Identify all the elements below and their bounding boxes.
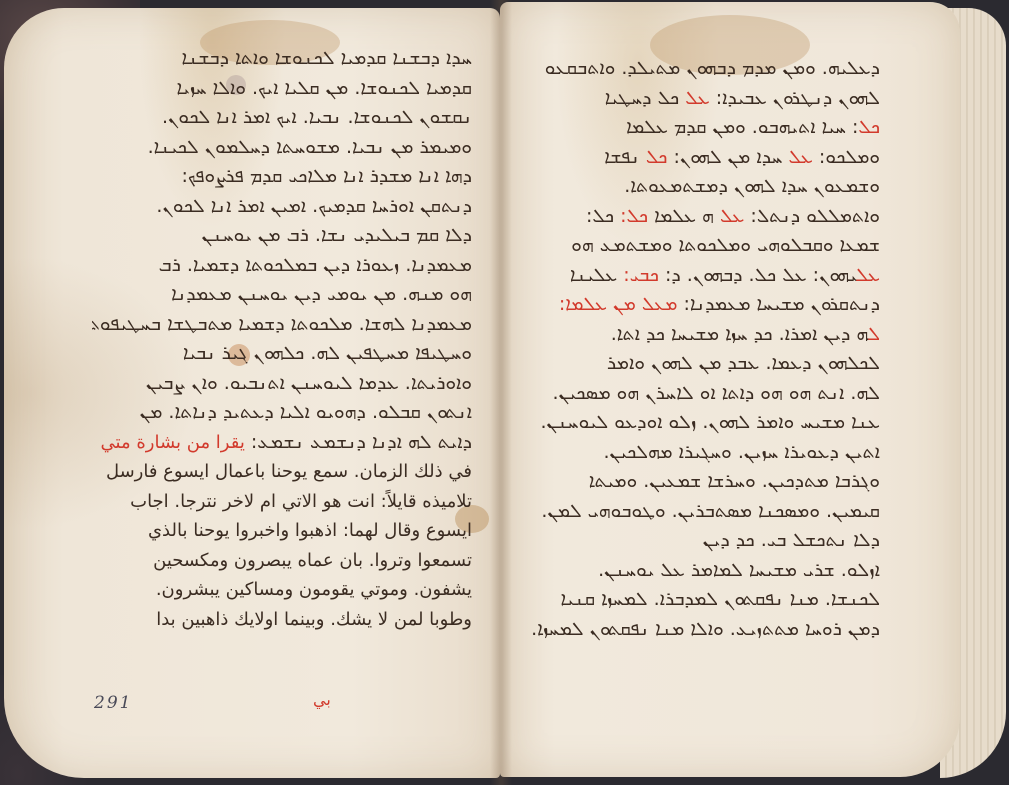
text-line: ܠܗ. ܐܢܬ ܗܘ ܗܘ ܕܐܬܐ ܐܘ ܠܐܚܪܢ ܗܘ ܡܣܟܝܢ. [515, 379, 880, 409]
rubric-word: ܟܠ [646, 146, 668, 168]
text-line: ܘܡܠܟܘ: ܥܠ ܚܕܐ ܡܢ ܠܗܘܢ: ܟܠ ܢܦܫܐ [515, 143, 880, 173]
text-line: ܫܡܥܐ ܘܩܒܠܘܗܝ ܘܡܠܟܘܬܐ ܘܡܫܬܡܥ ܗܘ [515, 231, 880, 261]
rubric-word: ܟܠ: [620, 205, 648, 227]
text-line: ܢܩܫܘܢ ܠܟܢܘܫܐ. ܢܒܝܐ. ܐܝܟ ܐܡܪ ܐܢܐ ܠܟܘܢ. [92, 103, 472, 133]
text-line: ܘܫܡܥܘܢ ܚܕܐ ܠܗܘܢ ܕܡܫܬܡܥܘܬܐ. [515, 172, 880, 202]
text-line: ܕܠܐ ܢܬܟܫܠ ܒܝ. ܟܕ ܕܝܢ [515, 526, 880, 556]
text-line: ܕܢܬܩܢ ܐܘܪܚܐ ܩܕܡܝܟ. ܐܡܝܢ ܐܡܪ ܐܢܐ ܠܟܘܢ. [92, 192, 472, 222]
text-line: ܡܥܡܕܢܐ. ܙܥܘܪܐ ܕܝܢ ܒܡܠܟܘܬܐ ܕܫܡܝܐ. ܪܒ [92, 251, 472, 281]
text-line: ܕܗܐ ܐܢܐ ܡܫܕܪ ܐܢܐ ܡܠܐܟܝ ܩܕܡ ܦܪܨܘܦܟ: [92, 162, 472, 192]
text-line: ܩܕܡܝܐ ܠܟܢܘܫܐ. ܡܢ ܩܠܝܐ ܐܝܟ. ܘܐܠܐ ܚܙܝܐ [92, 74, 472, 104]
arabic-line: تسمعوا وتروا. بان عماه يبصرون ومكسحين [92, 546, 472, 576]
right-page-text: ܕܥܠܝܗ. ܘܡܢ ܡܕܡ ܕܒܗܘܢ ܡܬܝܠܕ. ܘܐܬܒܩܥܘܠܗܘܢ … [515, 54, 880, 644]
left-page-text: ܚܕܐ ܕܒܫܢܐ ܩܕܡܝܐ ܠܟܢܘܫܐ ܘܐܬܐ ܕܒܫܢܐ ܩܕܡܝܐ … [92, 44, 472, 634]
text-line: ܟܠ: ܚܝܐ ܐܬܝܗܒܘ. ܘܡܢ ܩܕܡ ܥܠܡܐ [515, 113, 880, 143]
text-line: ܗܘ ܡܢܗ. ܡܢ ܝܘܡܝ ܕܝܢ ܝܘܚܢܢ ܡܥܡܕܢܐ [92, 280, 472, 310]
text-line: ܐܬܝܢ ܕܥܘܝܪܐ ܚܙܝܢ. ܘܚܓܝܪܐ ܡܗܠܟܝܢ. [515, 438, 880, 468]
rubric-word: ܥܠ [720, 205, 744, 227]
text-line: ܚܕܐ ܕܒܫܢܐ ܩܕܡܝܐ ܠܟܢܘܫܐ ܘܐܬܐ ܕܒܫܢܐ [92, 44, 472, 74]
rubric-heading: يقرا من بشارة متي [101, 432, 245, 453]
text-line: ܠܟܢܫܐ. ܡܢܐ ܢܦܩܬܘܢ ܠܡܕܒܪܐ. ܠܡܚܙܐ ܩܢܝܐ [515, 585, 880, 615]
book-gutter [490, 0, 512, 785]
text-segment: ܕܐܝܬ ܠܗ ܐܕܢܐ ܕܢܫܡܥ ܢܫܡܥ: [251, 431, 472, 453]
text-line: ܡܥܡܕܢܐ ܠܗܫܐ. ܡܠܟܘܬܐ ܕܫܡܝܐ ܡܬܒܛܫܐ ܒܚܛܝܦܘܬ… [92, 310, 472, 340]
text-line: ܠܗ ܕܝܢ ܐܡܪܐ. ܟܕ ܚܙܐ ܡܫܝܚܐ ܟܕ ܐܬܐ. [515, 320, 880, 350]
catchword: بي [313, 690, 331, 709]
text-line: ܘܐܬܡܠܠܘ ܕܢܬܠ: ܥܠ ܗ ܥܠܡܐ ܟܠ: ܟܠ: [515, 202, 880, 232]
text-line: ܘܓܪܒܐ ܡܬܕܟܝܢ. ܘܚܪܫܐ ܫܡܥܝܢ. ܘܡܝܬܐ [515, 467, 880, 497]
text-line: ܠܟܠܗܘܢ ܕܥܡܐ. ܥܒܕ ܡܢ ܠܗܘܢ ܘܐܡܪ [515, 349, 880, 379]
arabic-line: تلاميذه قايلاً: انت هو الاتي ام لاخر نتر… [92, 487, 472, 517]
rubric-word: ܟܠ [858, 116, 880, 138]
text-line: ܕܡܢ ܪܘܚܐ ܡܬܬܙܝܥ. ܘܐܠܐ ܡܢܐ ܢܦܩܬܘܢ ܠܡܚܙܐ. [515, 615, 880, 645]
text-line: ܐܢܬܘܢ ܩܒܠܘ. ܕܗܘܝܘ ܐܠܝܐ ܕܥܬܝܕ ܕܢܐܬܐ. ܡܢ [92, 398, 472, 428]
rubric-word: ܡܥܠ ܡܢ ܥܠܡܐ: [559, 293, 678, 315]
folio-number: 291 [94, 693, 132, 713]
rubric-word: ܥܠ [685, 87, 709, 109]
rubric-word: ܥܠ [788, 146, 812, 168]
arabic-line: ايسوع وقال لهما: اذهبوا واخبروا يوحنا با… [92, 516, 472, 546]
text-line: ܘܡܝܡܪ ܡܢ ܢܒܝܐ. ܡܫܘܚܬܐ ܕܚܠܡܘܢ ܠܟܝܢܐ. [92, 133, 472, 163]
rubric-word: ܠ [868, 323, 880, 345]
arabic-line: يشفون. وموتي يقومون ومساكين يبشرون. [92, 575, 472, 605]
text-line: ܐܙܠܘ. ܫܪܝ ܡܫܝܚܐ ܠܡܐܡܪ ܥܠ ܝܘܚܢܢ. [515, 556, 880, 586]
arabic-line: وطوبا لمن لا يشك. وبينما اولايك ذاهبين ب… [92, 605, 472, 635]
text-line: ܕܢܬܩܪܘܢ ܡܫܝܚܐ ܡܥܡܕܢܐ: ܡܥܠ ܡܢ ܥܠܡܐ: [515, 290, 880, 320]
rubric-word: ܟܒܝ: [623, 264, 659, 286]
text-line: ܘܚܛܝܦܐ ܡܚܛܦܝܢ ܠܗ. ܟܠܗܘܢ ܓܝܪ ܢܒܝܐ [92, 339, 472, 369]
text-line: ܠܗܘܢ ܕܢܛܪܘܢ ܥܒܝܕܐ: ܥܠ ܟܠ ܕܚܛܝܐ [515, 84, 880, 114]
text-line: ܕܠܐ ܩܡ ܒܝܠܝܕܝ ܢܫܐ. ܪܒ ܡܢ ܝܘܚܢܢ [92, 221, 472, 251]
text-line: ܕܥܠܝܗ. ܘܡܢ ܡܕܡ ܕܒܗܘܢ ܡܬܝܠܕ. ܘܐܬܒܩܥܘ [515, 54, 880, 84]
text-line: ܘܐܘܪܝܬܐ. ܥܕܡܐ ܠܝܘܚܢܢ ܐܬܢܒܝܘ. ܘܐܢ ܨܒܝܢ [92, 369, 472, 399]
text-line: ܩܝܡܝܢ. ܘܡܣܟܢܐ ܡܣܬܒܪܝܢ. ܘܛܘܒܘܗܝ ܠܡܢ. [515, 497, 880, 527]
rubric-word: ܥܠ [856, 264, 880, 286]
text-line: ܥܢܐ ܡܫܝܚ ܘܐܡܪ ܠܗܘܢ. ܙܠܘ ܐܘܕܥܘ ܠܝܘܚܢܢ. [515, 408, 880, 438]
arabic-line: في ذلك الزمان. سمع يوحنا باعمال ايسوع فا… [92, 457, 472, 487]
text-line: ܥܠܝܗܘܢ: ܥܠ ܟܠ. ܕܒܗܘܢ. ܕ: ܟܒܝ: ܥܠܝܢܐ [515, 261, 880, 291]
text-line-with-rubric: ܕܐܝܬ ܠܗ ܐܕܢܐ ܕܢܫܡܥ ܢܫܡܥ: يقرا من بشارة م… [92, 428, 472, 458]
